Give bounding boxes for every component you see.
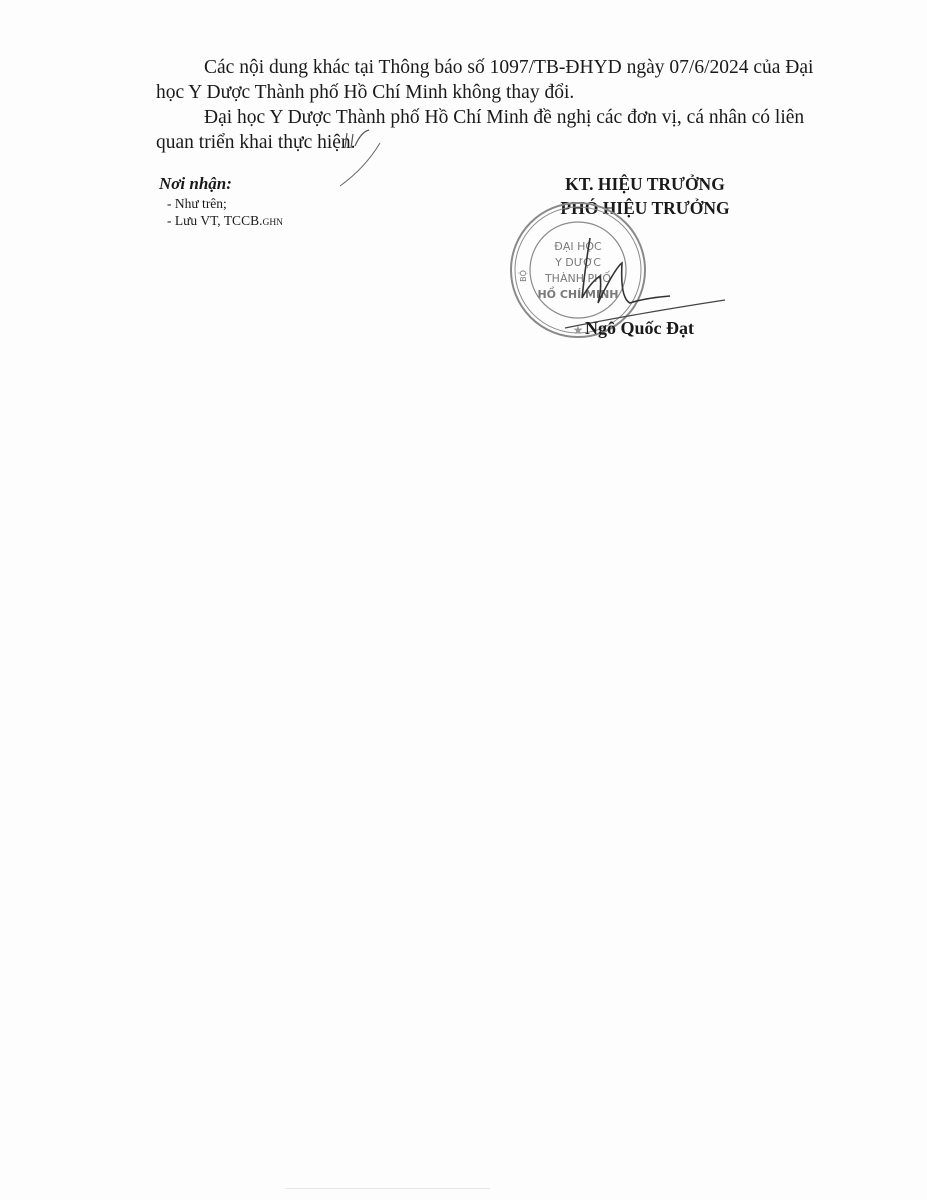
- recipient-item: - Lưu VT, TCCB.GHN: [159, 212, 283, 232]
- stamp-side-text: BỘ: [517, 270, 528, 282]
- signature-title-1: KT. HIỆU TRƯỞNG: [520, 172, 770, 196]
- recipients-block: Nơi nhận: - Như trên; - Lưu VT, TCCB.GHN: [159, 174, 283, 232]
- paragraph-implementation-request: Đại học Y Dược Thành phố Hồ Chí Minh đề …: [156, 105, 824, 155]
- initials-mark: [335, 128, 415, 193]
- signer-name: Ngô Quốc Đạt: [585, 318, 694, 339]
- paragraph-other-content: Các nội dung khác tại Thông báo số 1097/…: [156, 55, 824, 105]
- scan-artifact-line: [285, 1188, 490, 1189]
- recipients-title: Nơi nhận:: [159, 174, 283, 194]
- recipient-item: - Như trên;: [159, 195, 283, 212]
